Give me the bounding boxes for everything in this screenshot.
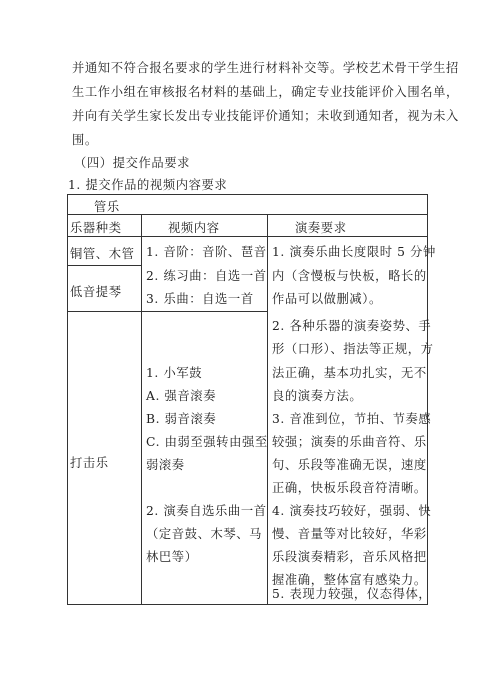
requirement-line: 较强；演奏的乐曲音符、乐: [272, 434, 427, 450]
wind-content-item: 3. 乐曲：自选一首: [146, 291, 254, 307]
percussion-content-item: （定音鼓、木琴、马: [146, 526, 262, 542]
instrument-double-bass: 低音提琴: [70, 282, 122, 300]
header-performance-requirements: 演奏要求: [295, 218, 347, 236]
col-divider: [141, 214, 142, 605]
row-divider: [67, 311, 267, 312]
requirement-line: 4. 演奏技巧较好，强弱、快: [272, 503, 431, 519]
instrument-percussion: 打击乐: [70, 453, 109, 471]
requirement-line: 作品可以做删减）。: [272, 291, 382, 307]
requirement-line: 形（口形）、指法等正规，方: [272, 341, 434, 357]
percussion-content-item: 弱滚奏: [146, 457, 185, 473]
header-video-content: 视频内容: [168, 218, 220, 236]
section-heading: （四）提交作品要求: [74, 154, 190, 172]
requirement-line: 5. 表现力较强，仪态得体，: [272, 586, 431, 602]
requirement-line: 乐段演奏精彩，音乐风格把: [272, 549, 427, 565]
intro-line-3: 并向有关学生家长发出专业技能评价通知；未收到通知者，视为未入: [72, 107, 459, 125]
requirement-line: 慢、音量等对比较好，华彩: [272, 526, 427, 542]
intro-line-2: 生工作小组在审核报名材料的基础上，确定专业技能评价入围名单，: [72, 83, 459, 101]
col-divider: [267, 214, 268, 605]
requirement-line: 内（含慢板与快板，略长的: [272, 268, 427, 284]
instrument-brass-woodwind: 铜管、木管: [70, 244, 135, 262]
requirement-line: 1. 演奏乐曲长度限时 5 分钟: [272, 244, 436, 260]
percussion-content-item: 1. 小军鼓: [146, 365, 202, 381]
sub-heading: 1. 提交作品的视频内容要求: [68, 176, 227, 194]
percussion-content-item: 2. 演奏自选乐曲一首: [146, 503, 267, 519]
requirement-line: 正确，快板乐段音符清晰。: [272, 480, 427, 496]
row-divider: [67, 214, 428, 215]
requirement-line: 2. 各种乐器的演奏姿势、手: [272, 318, 431, 334]
row-divider: [67, 265, 141, 266]
document-page: 并通知不符合报名要求的学生进行材料补交等。学校艺术骨干学生招 生工作小组在审核报…: [0, 0, 480, 679]
row-divider: [67, 236, 428, 237]
requirement-line: 句、乐段等准确无误，速度: [272, 457, 427, 473]
percussion-content-item: 林巴等）: [146, 549, 198, 565]
percussion-content-item: A. 强音滚奏: [146, 388, 216, 404]
requirement-line: 良的演奏方法。: [272, 388, 362, 404]
wind-content-item: 1. 音阶：音阶、琶音: [146, 244, 267, 260]
percussion-content-item: C. 由弱至强转由强至: [146, 434, 268, 450]
requirement-line: 3. 音准到位，节拍、节奏感: [272, 411, 431, 427]
wind-content-item: 2. 练习曲：自选一首: [146, 268, 267, 284]
intro-line-1: 并通知不符合报名要求的学生进行材料补交等。学校艺术骨干学生招: [72, 59, 459, 77]
intro-line-4: 围。: [72, 131, 98, 149]
percussion-content-item: B. 弱音滚奏: [146, 411, 216, 427]
header-instrument-type: 乐器种类: [70, 218, 122, 236]
category-title: 管乐: [94, 197, 120, 215]
requirement-line: 法正确，基本功扎实，无不: [272, 365, 427, 381]
